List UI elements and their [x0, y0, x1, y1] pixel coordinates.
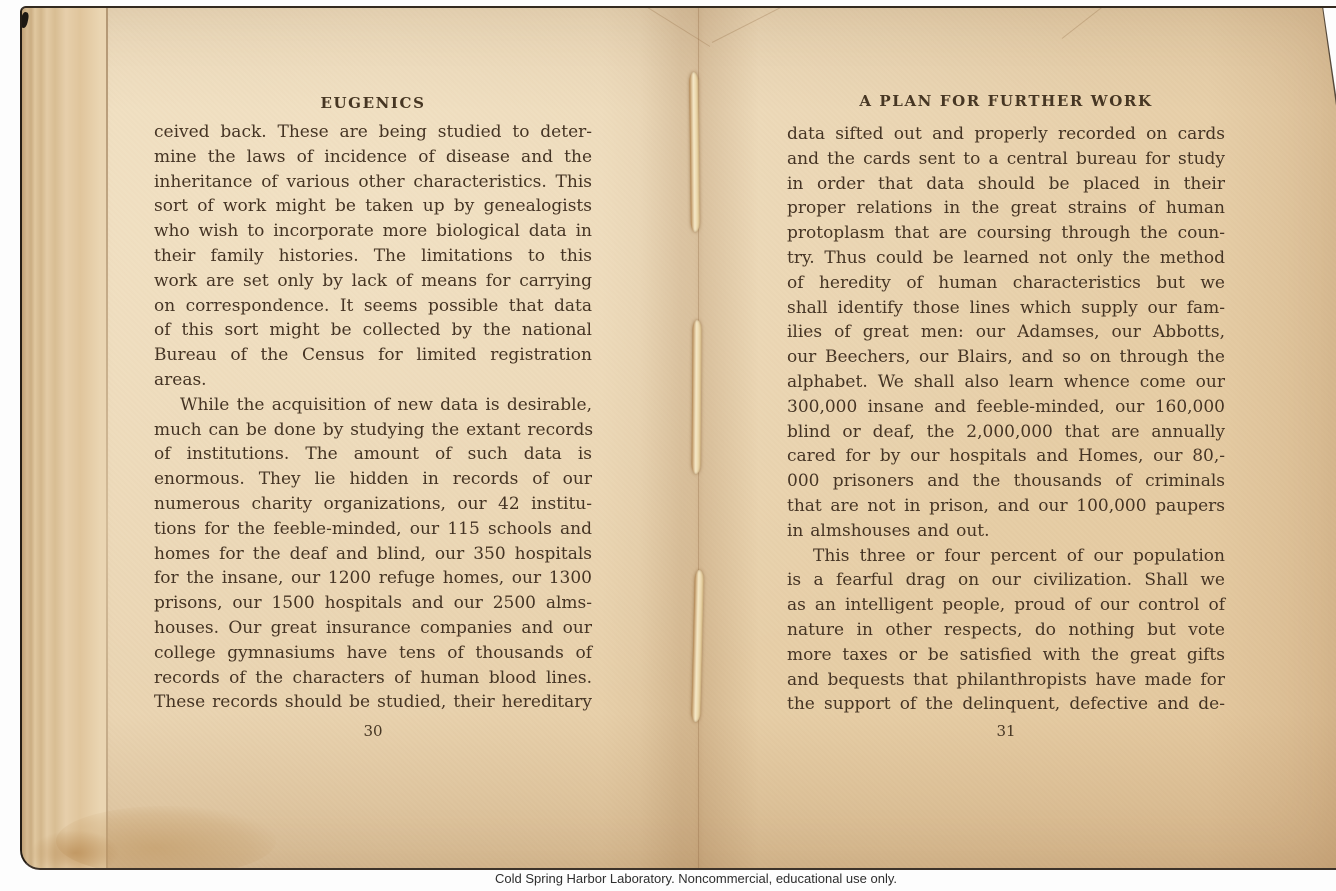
text-line: that are not in prison, and our 100,000 …	[787, 494, 1225, 519]
text-line: homes for the deaf and blind, our 350 ho…	[154, 542, 592, 567]
text-line: who wish to incorporate more biological …	[154, 219, 592, 244]
text-line: areas.	[154, 368, 592, 393]
scanned-book-photo: EUGENICS ceived back. These are being st…	[0, 0, 1336, 891]
text-line: ilies of great men: our Adamses, our Abb…	[787, 320, 1225, 345]
text-line: the support of the delinquent, defective…	[787, 692, 1225, 717]
text-line: While the acquisition of new data is des…	[154, 393, 592, 418]
right-page-number: 31	[787, 722, 1225, 740]
text-line: in order that data should be placed in t…	[787, 172, 1225, 197]
text-line: more taxes or be satisfied with the grea…	[787, 643, 1225, 668]
text-line: on correspondence. It seems possible tha…	[154, 294, 592, 319]
text-line: enormous. They lie hidden in records of …	[154, 467, 592, 492]
text-line: our Beechers, our Blairs, and so on thro…	[787, 345, 1225, 370]
text-line: 000 prisoners and the thousands of crimi…	[787, 469, 1225, 494]
text-line: and bequests that philanthropists have m…	[787, 668, 1225, 693]
paper-crease	[557, 6, 710, 47]
left-page-header: EUGENICS	[154, 94, 592, 112]
text-line: tions for the feeble-minded, our 115 sch…	[154, 517, 592, 542]
page-stack-edges	[22, 8, 108, 868]
left-page-text: ceived back. These are being studied to …	[154, 120, 592, 715]
text-line: of heredity of human characteristics but…	[787, 271, 1225, 296]
text-line: of this sort might be collected by the n…	[154, 318, 592, 343]
text-line: houses. Our great insurance companies an…	[154, 616, 592, 641]
paper-stain	[30, 830, 120, 870]
text-line: alphabet. We shall also learn whence com…	[787, 370, 1225, 395]
text-line: numerous charity organizations, our 42 i…	[154, 492, 592, 517]
text-line: for the insane, our 1200 refuge homes, o…	[154, 566, 592, 591]
text-line: 300,000 insane and feeble-minded, our 16…	[787, 395, 1225, 420]
text-line: try. Thus could be learned not only the …	[787, 246, 1225, 271]
right-page-text: data sifted out and properly recorded on…	[787, 122, 1225, 717]
text-line: is a fearful drag on our civilization. S…	[787, 568, 1225, 593]
text-line: data sifted out and properly recorded on…	[787, 122, 1225, 147]
text-line: mine the laws of incidence of disease an…	[154, 145, 592, 170]
text-line: in almshouses and out.	[787, 519, 1225, 544]
text-line: shall identify those lines which supply …	[787, 296, 1225, 321]
text-line: much can be done by studying the extant …	[154, 418, 592, 443]
text-line: prisons, our 1500 hospitals and our 2500…	[154, 591, 592, 616]
text-line: nature in other respects, do nothing but…	[787, 618, 1225, 643]
text-line: of institutions. The amount of such data…	[154, 442, 592, 467]
text-line: their family histories. The limitations …	[154, 244, 592, 269]
paper-crease	[712, 6, 891, 43]
text-line: This three or four percent of our popula…	[787, 544, 1225, 569]
text-line: These records should be studied, their h…	[154, 690, 592, 715]
text-line: proper relations in the great strains of…	[787, 196, 1225, 221]
paper-crease	[1062, 6, 1181, 39]
right-page-header: A PLAN FOR FURTHER WORK	[787, 92, 1225, 110]
binding-thread	[691, 570, 704, 722]
text-line: ceived back. These are being studied to …	[154, 120, 592, 145]
text-line: blind or deaf, the 2,000,000 that are an…	[787, 420, 1225, 445]
text-line: sort of work might be taken up by geneal…	[154, 194, 592, 219]
text-line: cared for by our hospitals and Homes, ou…	[787, 444, 1225, 469]
book-spread: EUGENICS ceived back. These are being st…	[20, 6, 1336, 870]
text-line: college gymnasiums have tens of thousand…	[154, 641, 592, 666]
text-line: and the cards sent to a central bureau f…	[787, 147, 1225, 172]
text-line: work are set only by lack of means for c…	[154, 269, 592, 294]
text-line: records of the characters of human blood…	[154, 666, 592, 691]
left-page-number: 30	[154, 722, 592, 740]
text-line: protoplasm that are coursing through the…	[787, 221, 1225, 246]
binding-thread	[691, 320, 701, 474]
text-line: Bureau of the Census for limited registr…	[154, 343, 592, 368]
copyright-caption: Cold Spring Harbor Laboratory. Noncommer…	[28, 871, 1336, 886]
page-edge-crease	[106, 8, 108, 868]
text-line: inheritance of various other characteris…	[154, 170, 592, 195]
corner-background-wedge	[1320, 6, 1336, 122]
text-line: as an intelligent people, proud of our c…	[787, 593, 1225, 618]
binding-thread	[689, 72, 700, 232]
